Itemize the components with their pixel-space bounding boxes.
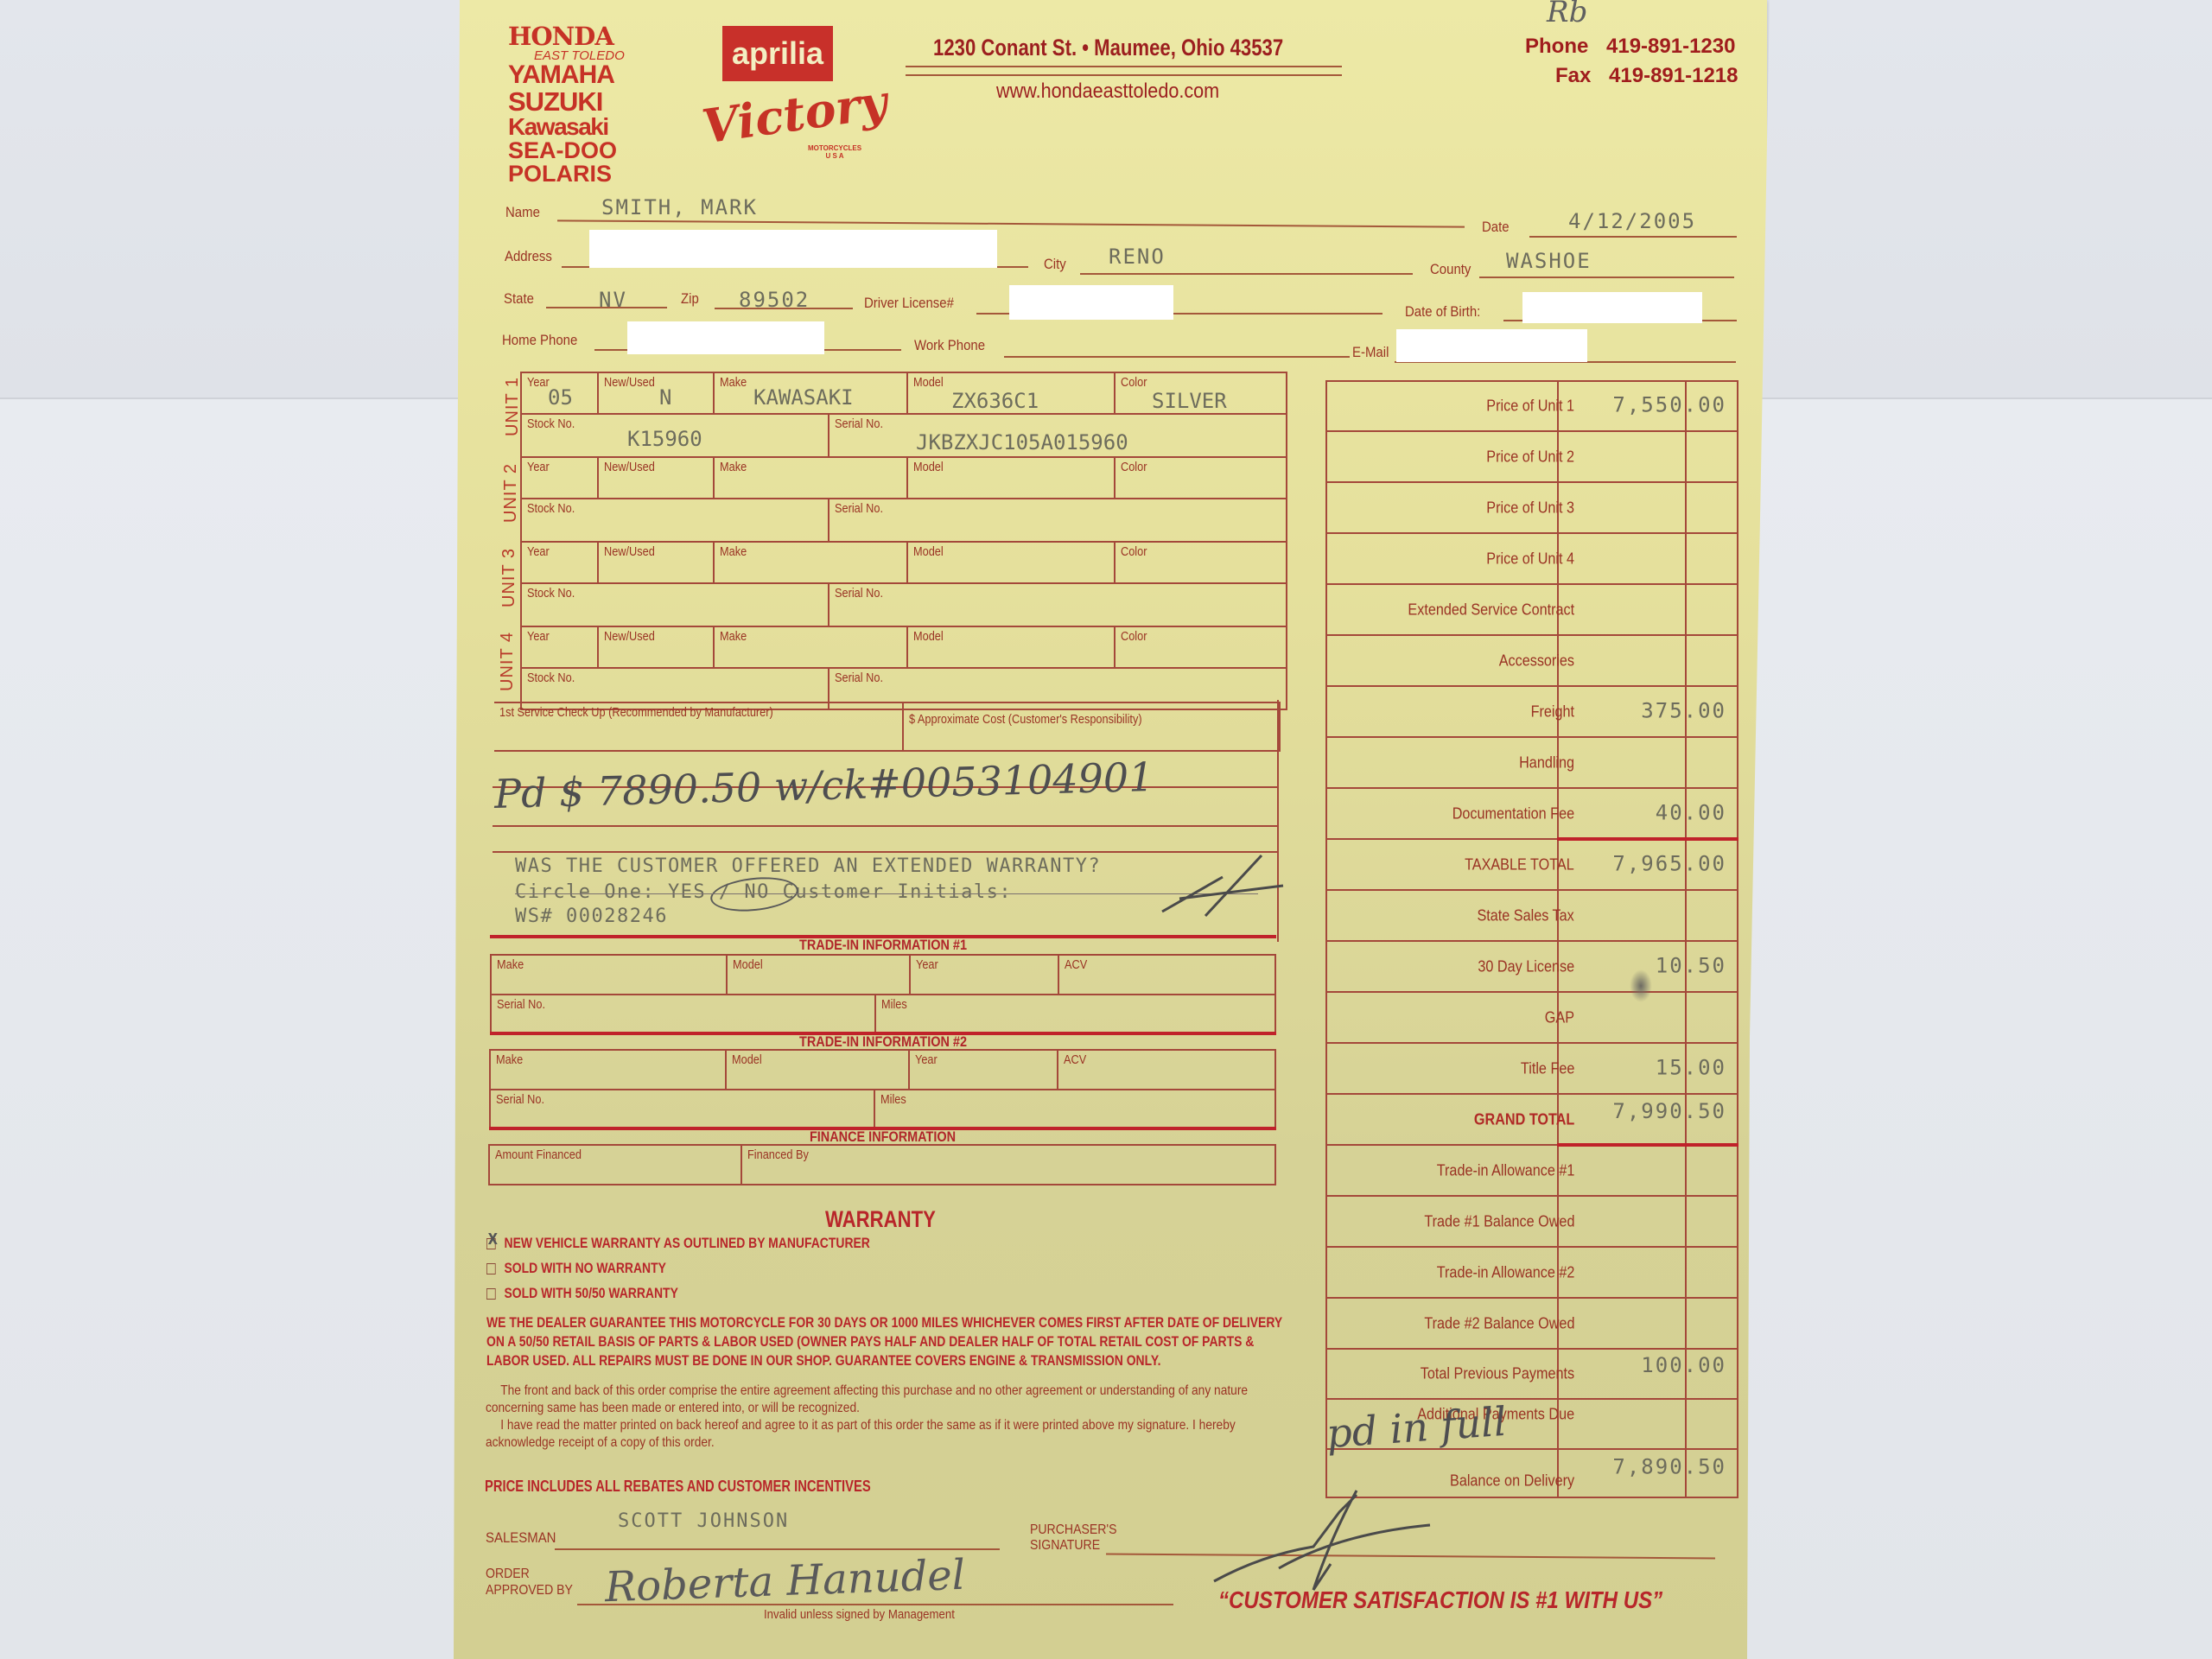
approx-cost-cell[interactable]: $ Approximate Cost (Customer's Responsib… [904,703,1279,752]
model-label: Model [913,544,944,559]
warranty-option-label: NEW VEHICLE WARRANTY AS OUTLINED BY MANU… [505,1235,870,1251]
unit-1-color: SILVER [1152,389,1227,413]
price-label: Documentation Fee [1452,804,1574,823]
invalid-unless-signed-note: Invalid unless signed by Management [764,1607,955,1622]
salesman-line [555,1548,1000,1550]
warranty-title: WARRANTY [825,1206,960,1233]
price-label: TAXABLE TOTAL [1465,855,1574,874]
unit-2-stock-cell[interactable]: Stock No. [522,499,829,543]
warranty-option-50-50[interactable]: SOLD WITH 50/50 WARRANTY [486,1284,678,1303]
dealer-brands-logo: HONDA EAST TOLEDO YAMAHA SUZUKI Kawasaki… [508,24,646,186]
unit-4-make-cell[interactable]: Make [715,627,908,669]
trade-in-1-grid: Make Model Year ACV Serial No. Miles [490,954,1276,1033]
price-label: Price of Unit 4 [1486,550,1574,568]
phone-number: 419-891-1230 [1606,35,1735,58]
check-x-mark: X [488,1230,498,1249]
dealer-address-text: 1230 Conant St. • Maumee, Ohio 43537 [933,35,1283,61]
price-value: 7,890.50 [1612,1455,1726,1479]
corner-initials: Rb [1547,0,1587,29]
order-label-line-2: APPROVED BY [486,1582,573,1599]
year-label: Year [915,1052,938,1067]
price-label: Accessories [1499,652,1574,670]
price-row-trade-2-balance[interactable]: Trade #2 Balance Owed [1327,1299,1737,1350]
make-label: Make [720,629,747,644]
header-rule-2 [906,74,1342,76]
stock-label: Stock No. [527,416,575,431]
dealer-guarantee-text: WE THE DEALER GUARANTEE THIS MOTORCYCLE … [486,1313,1291,1370]
warranty-checkbox-50-50[interactable] [486,1288,496,1300]
purchaser-signature-label: PURCHASER'S SIGNATURE [1030,1522,1116,1554]
price-row-accessories[interactable]: Accessories [1327,636,1737,687]
price-row-handling[interactable]: Handling [1327,738,1737,789]
color-label: Color [1121,629,1147,644]
color-label: Color [1121,460,1147,474]
new-used-label: New/Used [604,375,655,390]
unit-1-stock-cell[interactable]: Stock No.K15960 [522,415,829,458]
price-label: Trade-in Allowance #2 [1436,1263,1574,1281]
brand-yamaha: YAMAHA [508,62,646,88]
miles-label: Miles [880,1092,906,1107]
financed-by-cell[interactable]: Financed By [742,1146,1274,1184]
trade-in-1-acv-cell[interactable]: ACV [1059,956,1274,995]
brand-honda: HONDA [508,24,646,49]
price-value: 7,990.50 [1612,1099,1726,1123]
victory-subtitle: MOTORCYCLES U S A [808,145,861,161]
phone-label: Phone [1525,35,1588,58]
financed-by-label: Financed By [747,1147,809,1162]
brand-suzuki: SUZUKI [508,88,646,115]
price-row-trade-in-2[interactable]: Trade-in Allowance #2 [1327,1248,1737,1299]
price-label: 30 Day License [1478,957,1574,976]
unit-3-serial-cell[interactable]: Serial No. [829,584,1286,627]
unit-2-color-cell[interactable]: Color [1116,458,1286,499]
trade-in-2-miles-cell[interactable]: Miles [875,1090,1274,1128]
dob-redaction[interactable] [1522,292,1702,323]
acv-label: ACV [1064,1052,1086,1067]
unit-2-year-cell[interactable]: Year [522,458,599,499]
dealer-website: www.hondaeasttoledo.com [996,79,1244,104]
unit-4-year-cell[interactable]: Year [522,627,599,669]
make-label: Make [720,544,747,559]
price-row-unit-2[interactable]: Price of Unit 2 [1327,432,1737,483]
price-row-gap[interactable]: GAP [1327,993,1737,1044]
zip-label: Zip [681,290,699,308]
price-label: Price of Unit 1 [1486,397,1574,416]
model-label: Model [913,629,944,644]
make-label: Make [720,460,747,474]
service-row: 1st Service Check Up (Recommended by Man… [494,702,1281,752]
unit-1-new-used-cell[interactable]: New/UsedN [599,373,715,415]
purchaser-signature [1210,1486,1434,1599]
unit-3-color-cell[interactable]: Color [1116,543,1286,584]
price-row-trade-in-1[interactable]: Trade-in Allowance #1 [1327,1146,1737,1197]
serial-label: Serial No. [835,501,883,516]
serial-label: Serial No. [496,1092,544,1107]
stock-label: Stock No. [527,586,575,601]
approx-cost-label: $ Approximate Cost (Customer's Responsib… [909,712,1142,727]
price-row-taxable-total[interactable]: TAXABLE TOTAL7,965.00 [1327,840,1737,891]
price-label: Trade #1 Balance Owed [1424,1212,1574,1230]
trade-in-2-acv-cell[interactable]: ACV [1058,1051,1274,1090]
ink-smudge [1630,969,1652,1002]
date-value[interactable]: 4/12/2005 [1568,209,1696,233]
price-label: GAP [1545,1008,1574,1027]
slogan-text: “CUSTOMER SATISFACTION IS #1 WITH US” [1218,1586,1662,1614]
customer-satisfaction-slogan: “CUSTOMER SATISFACTION IS #1 WITH US” [1218,1586,1735,1614]
make-label: Make [497,957,524,972]
unit-2-label: UNIT 2 [501,463,521,523]
color-label: Color [1121,544,1147,559]
unit-4-label: UNIT 4 [498,632,518,691]
address-label: Address [505,248,552,265]
amount-financed-label: Amount Financed [495,1147,582,1162]
price-row-trade-1-balance[interactable]: Trade #1 Balance Owed [1327,1197,1737,1248]
unit-1-color-cell[interactable]: ColorSILVER [1116,373,1286,415]
unit-2-serial-cell[interactable]: Serial No. [829,499,1286,543]
service-checkup-cell[interactable]: 1st Service Check Up (Recommended by Man… [494,703,904,752]
price-value: 7,550.00 [1612,393,1726,417]
email-redaction[interactable] [1396,329,1587,362]
unit-1-serial: JKBZXJC105A015960 [916,430,1128,454]
city-line [1080,273,1413,275]
home-phone-redaction[interactable] [627,321,824,354]
ws-number: WS# 00028246 [515,906,668,927]
unit-4-model-cell[interactable]: Model [908,627,1116,669]
work-phone-line [1004,356,1350,358]
customer-initials-signature [1154,851,1292,920]
trade-in-2-grid: Make Model Year ACV Serial No. Miles [489,1049,1276,1128]
unit-1-model: ZX636C1 [951,389,1039,413]
extended-warranty-question: WAS THE CUSTOMER OFFERED AN EXTENDED WAR… [515,855,1101,877]
warranty-title-text: WARRANTY [825,1206,936,1233]
unit-1-year-cell[interactable]: Year05 [522,373,599,415]
miles-label: Miles [881,997,907,1012]
year-label: Year [527,629,550,644]
trade-in-2-make-cell[interactable]: Make [491,1051,727,1090]
unit-3-model-cell[interactable]: Model [908,543,1116,584]
serial-label: Serial No. [497,997,545,1012]
serial-label: Serial No. [835,671,883,685]
notes-rule-2 [493,825,1279,827]
price-row-30-day-license[interactable]: 30 Day License10.50 [1327,942,1737,993]
price-value: 375.00 [1641,698,1726,722]
brand-polaris: POLARIS [508,162,646,186]
city-label: City [1044,256,1066,273]
email-label: E-Mail [1352,344,1389,361]
year-label: Year [527,375,550,390]
unit-1-model-cell[interactable]: ModelZX636C1 [908,373,1116,415]
unit-2-new-used-cell[interactable]: New/Used [599,458,715,499]
year-label: Year [527,460,550,474]
price-includes-note: PRICE INCLUDES ALL REBATES AND CUSTOMER … [485,1477,871,1496]
brand-kawasaki: Kawasaki [508,115,646,139]
price-label: GRAND TOTAL [1474,1110,1574,1128]
model-label: Model [733,957,763,972]
price-row-unit-3[interactable]: Price of Unit 3 [1327,483,1737,534]
home-phone-label: Home Phone [502,332,577,349]
price-row-title-fee[interactable]: Title Fee15.00 [1327,1044,1737,1095]
color-label: Color [1121,375,1147,390]
unit-1-make-cell[interactable]: MakeKAWASAKI [715,373,908,415]
trade-in-2-serial-cell[interactable]: Serial No. [491,1090,875,1128]
new-used-label: New/Used [604,629,655,644]
price-label: Freight [1531,702,1574,721]
stock-label: Stock No. [527,671,575,685]
driver-license-redaction[interactable] [1009,285,1173,320]
dealer-address: 1230 Conant St. • Maumee, Ohio 43537 [933,35,1360,61]
price-row-freight[interactable]: Freight375.00 [1327,687,1737,738]
strike-through-line [515,893,1258,894]
price-row-grand-total[interactable]: GRAND TOTAL7,990.50 [1327,1095,1737,1146]
trade-in-1-serial-cell[interactable]: Serial No. [492,995,876,1033]
name-value[interactable]: SMITH, MARK [601,195,758,219]
price-row-extended-service[interactable]: Extended Service Contract [1327,585,1737,636]
price-row-unit-1[interactable]: Price of Unit 17,550.00 [1327,382,1737,432]
unit-4-new-used-cell[interactable]: New/Used [599,627,715,669]
trade-in-2-year-cell[interactable]: Year [910,1051,1058,1090]
county-label: County [1430,261,1471,278]
state-value[interactable]: NV [599,288,627,312]
unit-1-serial-cell[interactable]: Serial No.JKBZXJC105A015960 [829,415,1286,458]
dealer-website-text: www.hondaeasttoledo.com [996,79,1219,104]
date-label: Date [1482,219,1510,236]
unit-4-color-cell[interactable]: Color [1116,627,1286,669]
county-line [1479,276,1734,278]
dob-label: Date of Birth: [1405,303,1480,321]
header-rule-1 [906,66,1342,67]
price-value: 40.00 [1656,800,1726,824]
amount-financed-cell[interactable]: Amount Financed [490,1146,742,1184]
trade-in-1-miles-cell[interactable]: Miles [876,995,1274,1033]
unit-3-new-used-cell[interactable]: New/Used [599,543,715,584]
price-label: Price of Unit 2 [1486,448,1574,466]
price-label: Title Fee [1521,1059,1574,1077]
price-label: Handling [1519,753,1574,772]
work-phone-label: Work Phone [914,337,985,354]
price-label: State Sales Tax [1478,906,1574,925]
trade-in-1-make-cell[interactable]: Make [492,956,728,995]
warranty-checkbox-no-warranty[interactable] [486,1263,496,1274]
dealer-fax: Fax 419-891-1218 [1555,64,1738,88]
serial-label: Serial No. [835,416,883,431]
brand-seadoo: SEA-DOO [508,139,646,162]
unit-3-year-cell[interactable]: Year [522,543,599,584]
order-approved-label: ORDER APPROVED BY [486,1566,573,1599]
price-row-state-sales-tax[interactable]: State Sales Tax [1327,891,1737,942]
acv-label: ACV [1065,957,1087,972]
date-line [1529,236,1737,238]
agreement-paragraph-2: I have read the matter printed on back h… [486,1417,1288,1452]
trade-in-1-model-cell[interactable]: Model [728,956,911,995]
model-label: Model [913,375,944,390]
aprilia-text: aprilia [732,35,823,72]
trade-in-1-title: TRADE-IN INFORMATION #1 [549,937,1217,954]
trade-in-1-year-cell[interactable]: Year [911,956,1059,995]
warranty-checkbox-new-vehicle[interactable]: X [486,1238,496,1249]
trade-in-2-title: TRADE-IN INFORMATION #2 [549,1033,1217,1051]
name-label: Name [505,204,540,221]
address-redaction[interactable] [589,230,997,268]
agreement-paragraph-1: The front and back of this order compris… [486,1382,1288,1417]
purchaser-label-line-1: PURCHASER'S [1030,1522,1116,1538]
unit-1-new-used: N [659,385,671,410]
purchaser-label-line-2: SIGNATURE [1030,1538,1116,1554]
year-label: Year [527,544,550,559]
driver-license-label: Driver License# [864,295,954,312]
victory-sub-usa: U S A [808,153,861,161]
unit-3-stock-cell[interactable]: Stock No. [522,584,829,627]
salesman-label: SALESMAN [486,1529,556,1547]
warranty-option-label: SOLD WITH 50/50 WARRANTY [505,1285,678,1301]
price-table: Price of Unit 17,550.00 Price of Unit 2 … [1325,380,1738,1498]
price-label: Price of Unit 3 [1486,499,1574,517]
units-grid: Year05 New/UsedN MakeKAWASAKI ModelZX636… [520,372,1287,710]
price-label: Extended Service Contract [1408,601,1574,619]
price-value: 100.00 [1641,1353,1726,1377]
finance-grid: Amount Financed Financed By [488,1144,1276,1185]
price-label: Total Previous Payments [1421,1365,1574,1383]
aprilia-logo: aprilia [722,26,833,81]
unit-3-make-cell[interactable]: Make [715,543,908,584]
salesman-name[interactable]: SCOTT JOHNSON [618,1510,789,1532]
unit-1-make: KAWASAKI [753,385,854,410]
year-label: Year [916,957,938,972]
dealer-phone: Phone 419-891-1230 [1525,35,1735,59]
zip-value[interactable]: 89502 [739,288,810,312]
price-label: Balance on Delivery [1450,1472,1574,1491]
price-value: 7,965.00 [1612,851,1726,875]
price-label: Trade-in Allowance #1 [1436,1161,1574,1179]
model-label: Model [732,1052,762,1067]
price-row-unit-4[interactable]: Price of Unit 4 [1327,534,1737,585]
service-checkup-label: 1st Service Check Up (Recommended by Man… [499,705,773,720]
unit-1-year: 05 [548,385,573,410]
finance-title: FINANCE INFORMATION [548,1128,1217,1146]
county-value[interactable]: WASHOE [1506,249,1592,273]
price-row-previous-payments[interactable]: Total Previous Payments100.00 [1327,1350,1737,1400]
warranty-option-new-vehicle[interactable]: XNEW VEHICLE WARRANTY AS OUTLINED BY MAN… [486,1234,870,1253]
new-used-label: New/Used [604,460,655,474]
new-used-label: New/Used [604,544,655,559]
unit-2-make-cell[interactable]: Make [715,458,908,499]
warranty-option-no-warranty[interactable]: SOLD WITH NO WARRANTY [486,1259,666,1278]
price-label: Trade #2 Balance Owed [1424,1314,1574,1332]
unit-2-model-cell[interactable]: Model [908,458,1116,499]
fax-label: Fax [1555,64,1591,87]
fax-number: 419-891-1218 [1609,64,1738,87]
stock-label: Stock No. [527,501,575,516]
price-value: 15.00 [1656,1055,1726,1079]
make-label: Make [720,375,747,390]
unit-3-label: UNIT 3 [499,548,519,607]
trade-in-2-model-cell[interactable]: Model [727,1051,910,1090]
serial-label: Serial No. [835,586,883,601]
order-label-line-1: ORDER [486,1566,573,1582]
state-label: State [504,290,534,308]
model-label: Model [913,460,944,474]
price-value: 10.50 [1656,953,1726,977]
unit-1-stock: K15960 [627,427,702,451]
price-row-documentation-fee[interactable]: Documentation Fee40.00 [1327,789,1737,840]
warranty-option-label: SOLD WITH NO WARRANTY [505,1260,666,1276]
city-value[interactable]: RENO [1109,245,1166,269]
make-label: Make [496,1052,523,1067]
